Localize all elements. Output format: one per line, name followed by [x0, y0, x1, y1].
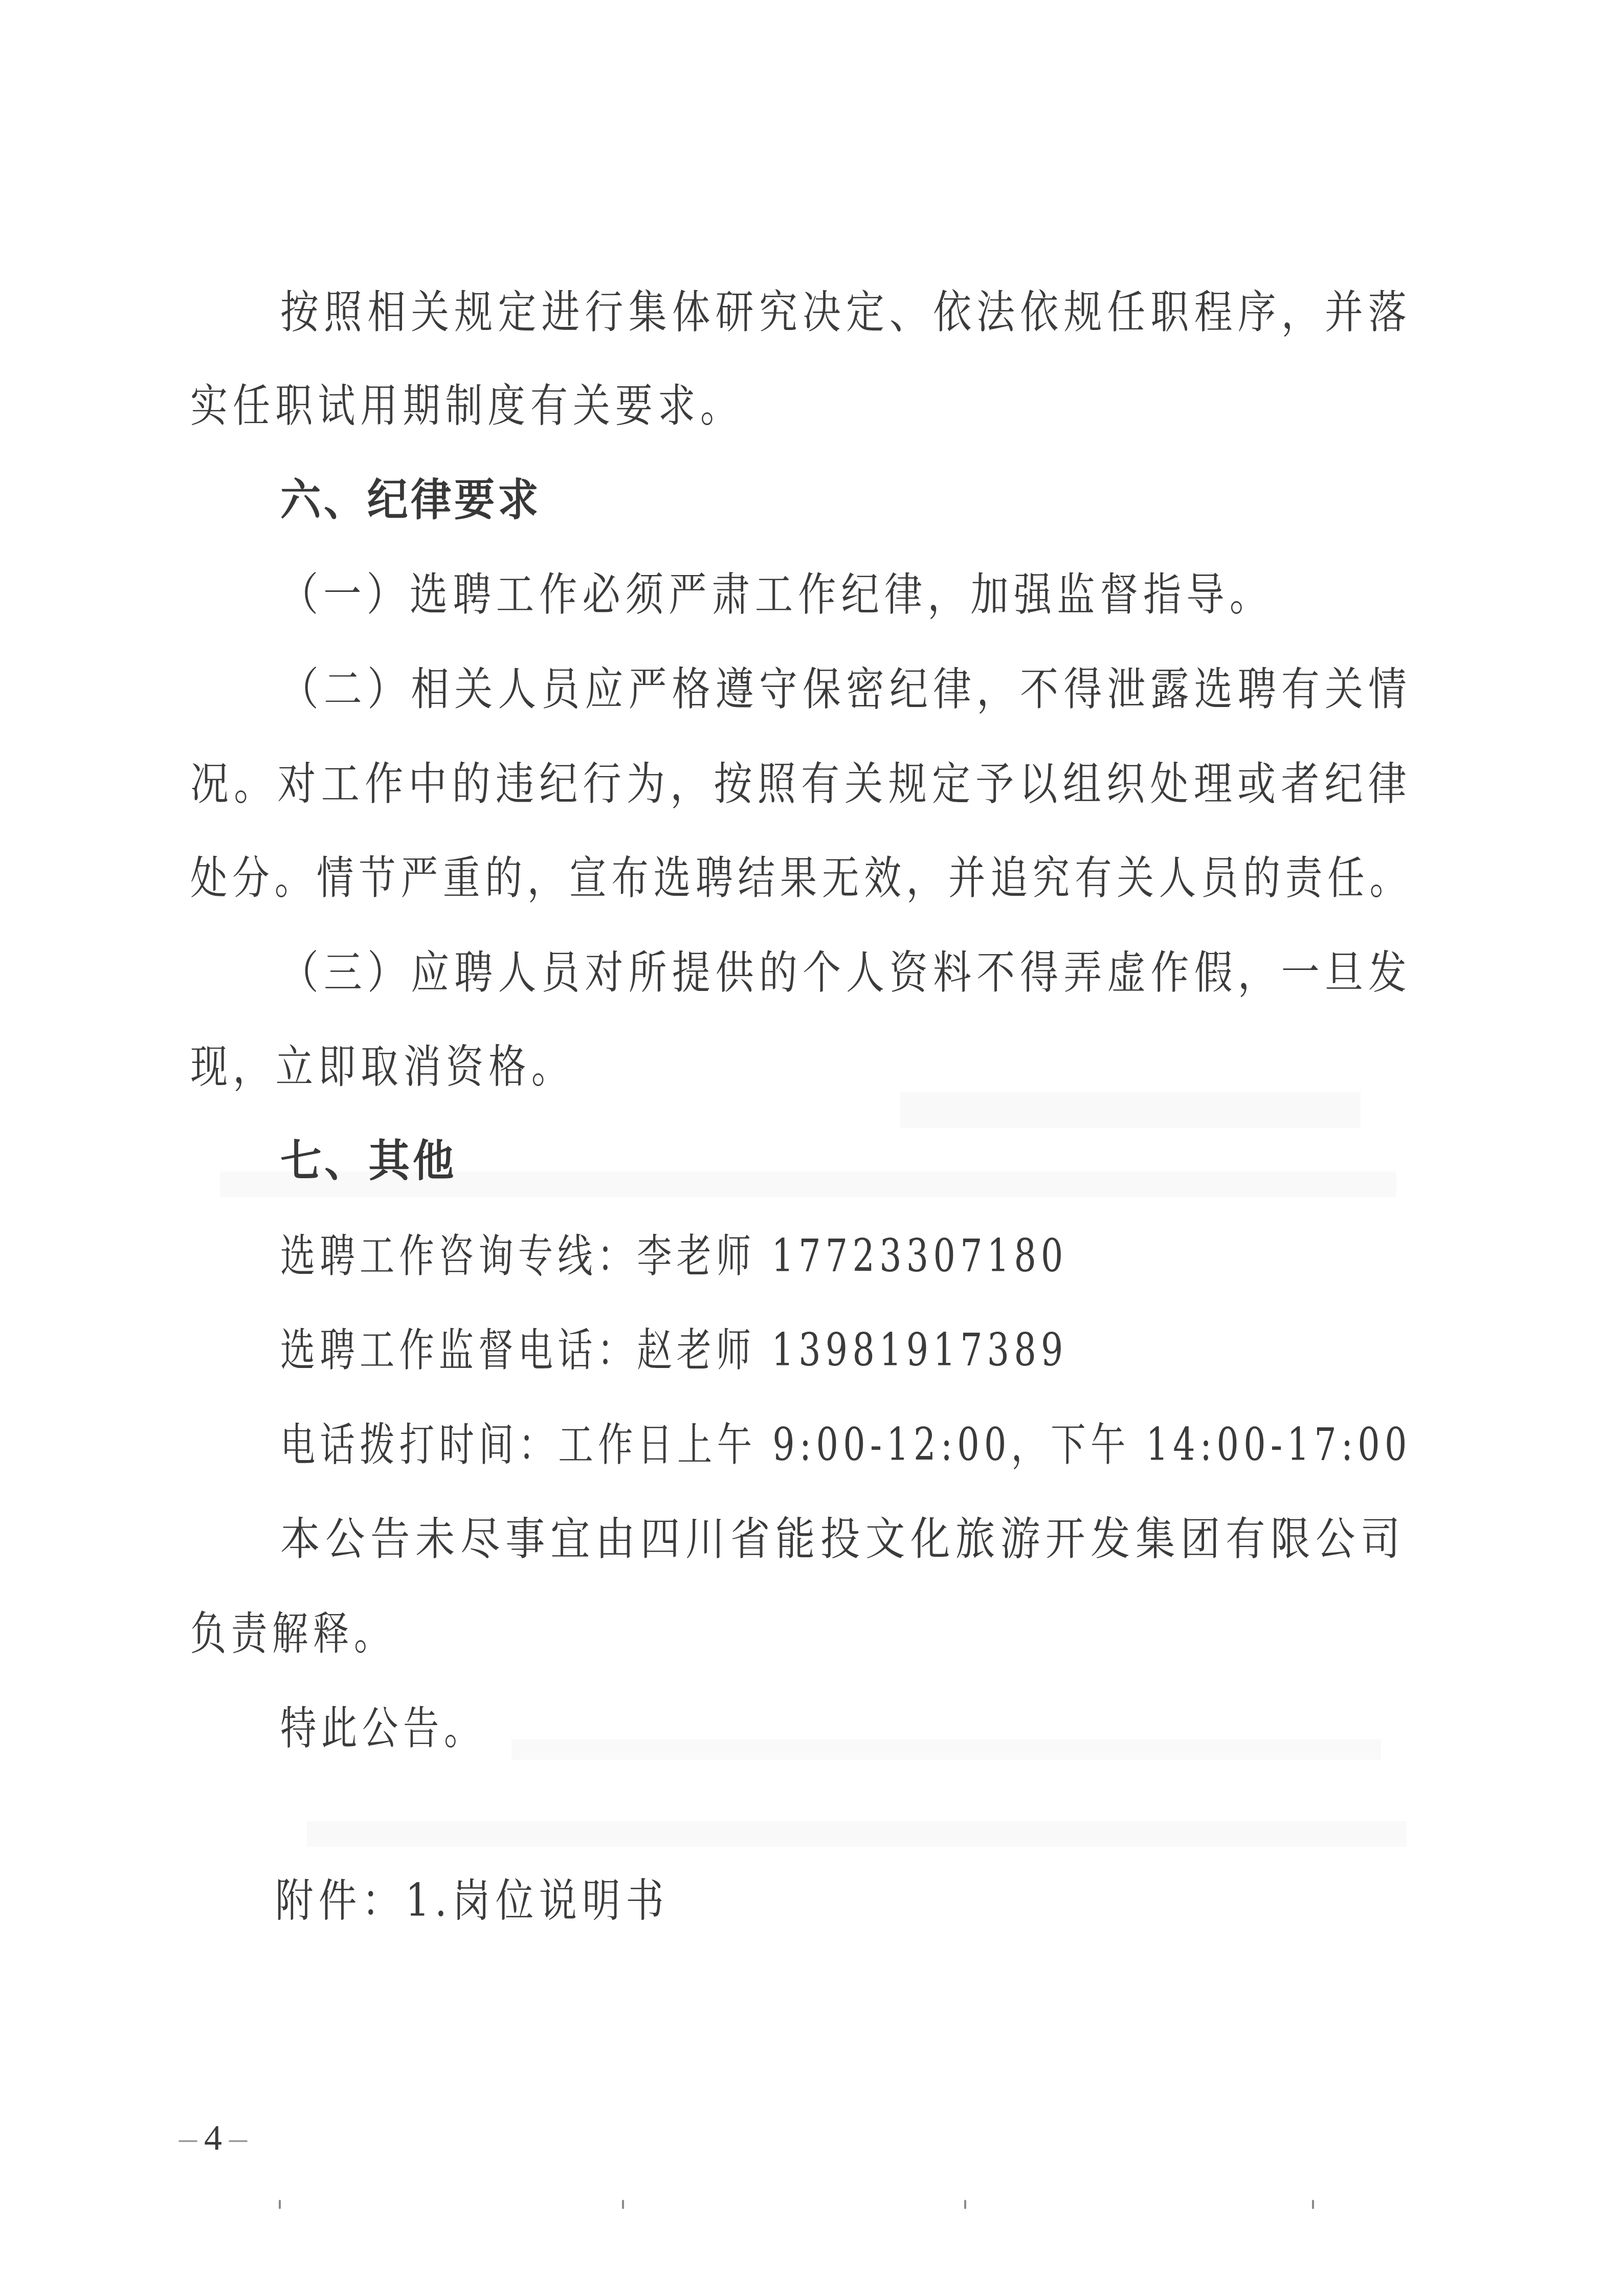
paragraph-line: （一）选聘工作必须严肃工作纪律，加强监督指导。: [280, 566, 1273, 623]
section-heading-discipline: 六、纪律要求: [280, 472, 541, 528]
page-number-value: 4: [204, 2118, 229, 2158]
consultation-hotline: 选聘工作咨询专线：李老师 17723307180: [280, 1228, 1068, 1284]
document-page: 按照相关规定进行集体研究决定、依法依规任职程序，并落 实任职试用期制度有关要求。…: [0, 0, 1624, 2296]
line-text: 况。对工作中的违纪行为，按照有关规定予以组织处理或者纪律: [190, 757, 1412, 810]
scan-bleed-artifact: [900, 1092, 1361, 1128]
line-text: 按照相关规定进行集体研究决定、依法依规任职程序，并落: [280, 285, 1412, 338]
line-text: （一）选聘工作必须严肃工作纪律，加强监督指导。: [280, 568, 1273, 621]
line-text: 负责解释。: [190, 1607, 395, 1660]
line-text: 电话拨打时间：工作日上午 9:00-12:00，下午 14:00-17:00: [280, 1418, 1412, 1471]
binding-mark: [1312, 2200, 1314, 2209]
line-text: 特此公告。: [280, 1702, 485, 1754]
paragraph-line: 况。对工作中的违纪行为，按照有关规定予以组织处理或者纪律: [190, 756, 1412, 812]
line-text: （二）相关人员应严格遵守保密纪律，不得泄露选聘有关情: [280, 663, 1412, 715]
binding-mark: [279, 2200, 281, 2209]
heading-text: 六、纪律要求: [280, 475, 541, 526]
page-number-dash: –: [229, 2118, 254, 2158]
paragraph-line: 本公告未尽事宜由四川省能投文化旅游开发集团有限公司: [280, 1511, 1406, 1567]
paragraph-line: 现，立即取消资格。: [190, 1039, 574, 1095]
paragraph-line: （二）相关人员应严格遵守保密纪律，不得泄露选聘有关情: [280, 661, 1412, 717]
supervision-phone: 选聘工作监督电话：赵老师 13981917389: [280, 1322, 1068, 1378]
page-number-dash: –: [179, 2118, 204, 2158]
paragraph-line: 按照相关规定进行集体研究决定、依法依规任职程序，并落: [280, 284, 1412, 340]
line-text: 实任职试用期制度有关要求。: [190, 379, 743, 432]
line-text: 选聘工作监督电话：赵老师 13981917389: [280, 1323, 1068, 1376]
line-text: 本公告未尽事宜由四川省能投文化旅游开发集团有限公司: [280, 1512, 1406, 1565]
paragraph-line: 实任职试用期制度有关要求。: [190, 378, 743, 434]
attachment-line: 附件：1.岗位说明书: [275, 1872, 669, 1929]
binding-mark: [622, 2200, 624, 2209]
line-text: 选聘工作咨询专线：李老师 17723307180: [280, 1229, 1068, 1282]
section-heading-other: 七、其他: [280, 1133, 457, 1189]
call-hours: 电话拨打时间：工作日上午 9:00-12:00，下午 14:00-17:00: [280, 1417, 1412, 1473]
binding-mark: [964, 2200, 966, 2209]
line-text: 处分。情节严重的，宣布选聘结果无效，并追究有关人员的责任。: [190, 851, 1412, 904]
line-text: 现，立即取消资格。: [190, 1040, 574, 1093]
page-number: –4–: [179, 2118, 254, 2159]
paragraph-line: 处分。情节严重的，宣布选聘结果无效，并追究有关人员的责任。: [190, 850, 1412, 906]
paragraph-line: 负责解释。: [190, 1605, 395, 1662]
paragraph-line: （三）应聘人员对所提供的个人资料不得弄虚作假，一旦发: [280, 944, 1412, 1001]
line-text: （三）应聘人员对所提供的个人资料不得弄虚作假，一旦发: [280, 946, 1412, 999]
scan-bleed-artifact: [511, 1739, 1381, 1760]
scan-bleed-artifact: [307, 1821, 1407, 1847]
line-text: 附件：1.岗位说明书: [275, 1874, 669, 1927]
heading-text: 七、其他: [280, 1136, 457, 1187]
closing-statement: 特此公告。: [280, 1700, 485, 1756]
